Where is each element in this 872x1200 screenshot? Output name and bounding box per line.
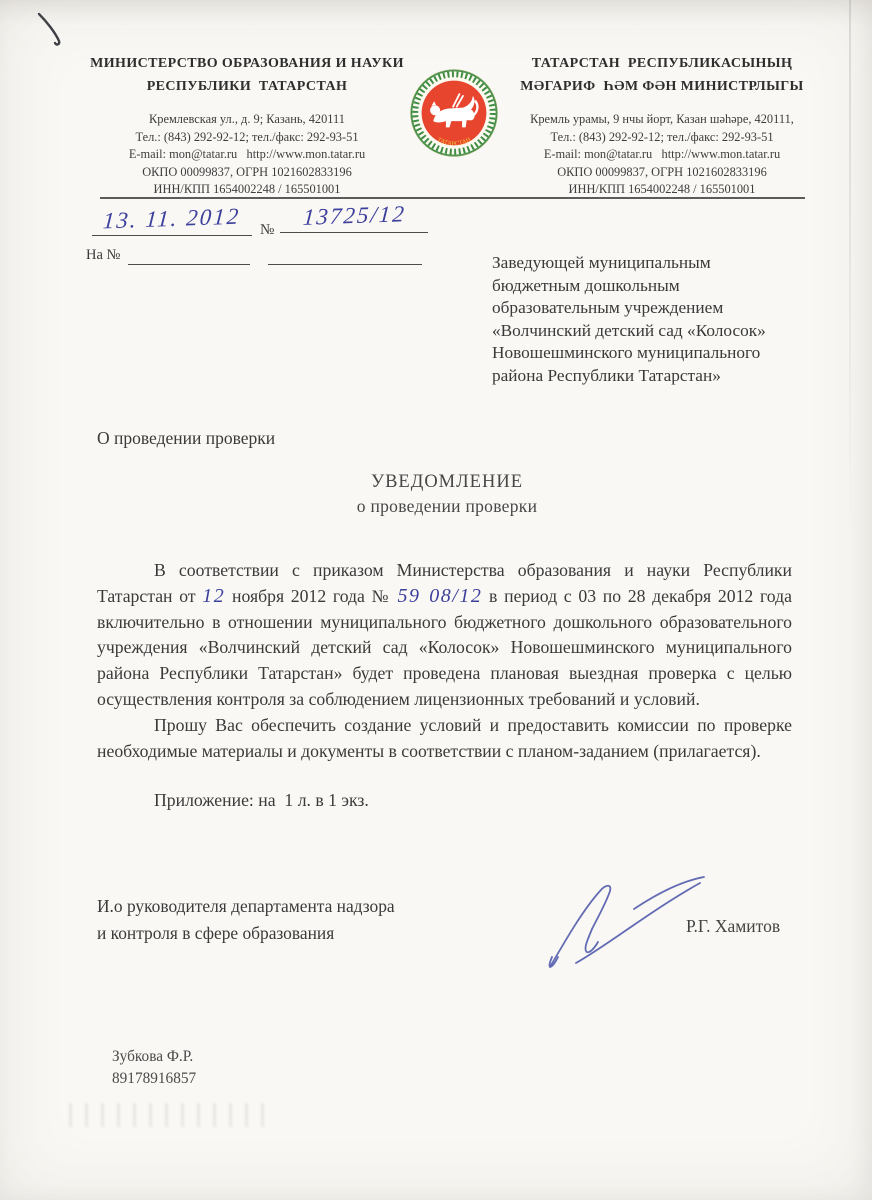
number-sign-label: №: [260, 222, 274, 239]
body-paragraph-1: В соответствии с приказом Министерства о…: [97, 558, 792, 713]
handwritten-number: 13725/12: [302, 201, 407, 231]
attachment-line: Приложение: на 1 л. в 1 экз.: [97, 788, 792, 814]
reply-to-number-label: На №: [86, 247, 120, 264]
ministry-name-tatar: ТАТАРСТАН РЕСПУБЛИКАСЫНЫҢ МӘГАРИФ ҺӘМ ФӘ…: [486, 52, 838, 98]
signer-name: Р.Г. Хамитов: [686, 916, 780, 937]
handwritten-order-number: 59 08/12: [397, 585, 482, 607]
subject-line: О проведении проверки: [97, 428, 275, 449]
scanned-letter-page: МИНИСТЕРСТВО ОБРАЗОВАНИЯ И НАУКИ РЕСПУБЛ…: [0, 0, 872, 1200]
ministry-contacts-tatar: Кремль урамы, 9 нчы йорт, Казан шәһәре, …: [486, 111, 838, 199]
scan-edge-artifact: [849, 0, 851, 540]
letterhead-russian: МИНИСТЕРСТВО ОБРАЗОВАНИЯ И НАУКИ РЕСПУБЛ…: [82, 52, 412, 199]
executor-footer: Зубкова Ф.Р. 89178916857: [112, 1046, 196, 1090]
letterhead-tatar: ТАТАРСТАН РЕСПУБЛИКАСЫНЫҢ МӘГАРИФ ҺӘМ ФӘ…: [486, 52, 838, 199]
signer-position: И.о руководителя департамента надзора и …: [97, 893, 395, 946]
ministry-name-russian: МИНИСТЕРСТВО ОБРАЗОВАНИЯ И НАУКИ РЕСПУБЛ…: [82, 52, 412, 98]
handwritten-date: 13. 11. 2012: [102, 204, 241, 235]
executor-phone: 89178916857: [112, 1068, 196, 1090]
letter-date-field: 13. 11. 2012: [92, 206, 252, 236]
header-separator: [100, 197, 805, 199]
reply-number-blank-1: [128, 248, 250, 265]
letter-body: В соответствии с приказом Министерства о…: [97, 558, 792, 814]
title-line: УВЕДОМЛЕНИЕ: [97, 472, 797, 493]
p1-text-b: ноября 2012 года №: [225, 586, 397, 606]
reply-number-blank-2: [268, 248, 422, 265]
body-paragraph-2: Прошу Вас обеспечить создание условий и …: [97, 713, 792, 765]
bleed-through-artifact: [62, 1103, 277, 1127]
pen-checkmark-icon: [34, 10, 74, 54]
ministry-contacts-russian: Кремлевская ул., д. 9; Казань, 420111 Те…: [82, 111, 412, 199]
executor-name: Зубкова Ф.Р.: [112, 1046, 196, 1068]
recipient-block: Заведующей муниципальным бюджетным дошко…: [492, 252, 804, 388]
handwritten-day: 12: [202, 585, 225, 607]
title-subtitle: о проведении проверки: [97, 496, 797, 517]
letter-number-field: 13725/12: [280, 203, 428, 233]
document-title: УВЕДОМЛЕНИЕ о проведении проверки: [97, 472, 797, 517]
